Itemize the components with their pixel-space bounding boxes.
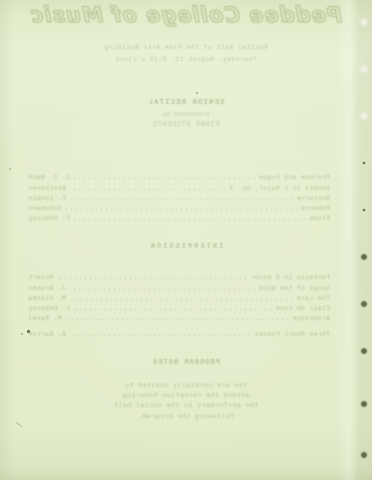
scanned-page: Peddee College of Music Recital Hall of … <box>0 0 372 480</box>
piece-title: Arabesque <box>292 315 330 322</box>
composer-name: C. Debussy <box>28 215 70 222</box>
closing-line: following the program. <box>60 412 312 422</box>
composer-name: B. Bartok <box>28 331 66 338</box>
dot-leader <box>57 278 246 279</box>
closing-line: attend the reception honoring <box>60 391 312 401</box>
intermission-label: INTERMISSION <box>0 243 372 251</box>
recital-title: SENIOR RECITAL <box>0 97 372 109</box>
program-part-2: Fantasia in D minor Mozart Songs of the … <box>28 271 330 338</box>
dot-leader <box>66 209 297 210</box>
composer-name: J. Brahms <box>28 285 66 292</box>
piece-title: Sonata in C Major, Op. 2 <box>229 185 330 192</box>
dot-leader <box>74 178 255 179</box>
recital-title-block: SENIOR RECITAL presented by PIANO STUDEN… <box>0 97 372 131</box>
closing-line: You are cordially invited to <box>60 381 312 391</box>
composer-name: M. Ravel <box>28 315 62 322</box>
dot-leader <box>70 289 255 290</box>
composer-name: Mozart <box>28 274 53 281</box>
dot-leader <box>70 335 251 336</box>
dot-leader <box>70 299 293 300</box>
piece-title: Romance <box>301 205 330 212</box>
masthead-title: Peddee College of Music <box>0 3 372 27</box>
piece-title: Fantasia in D minor <box>250 274 330 281</box>
closing-line: the performers in the social hall <box>60 401 312 411</box>
piece-title: The Lark <box>296 295 330 302</box>
program-row: Romance Schumann <box>28 202 330 212</box>
program-part-1: Prelude and Fugue J. S. Bach Sonata in C… <box>28 171 330 222</box>
composer-name: Schumann <box>28 205 62 212</box>
recital-subtitle: presented by <box>0 109 372 120</box>
closing-paragraph: You are cordially invited to attend the … <box>60 381 312 422</box>
piece-title: Prelude and Fugue <box>259 174 330 181</box>
program-row: Songs of the Wind J. Brahms <box>28 281 330 291</box>
piece-title: Nocturne <box>296 195 330 202</box>
dot-leader <box>74 219 305 220</box>
program-row: Prelude and Fugue J. S. Bach <box>28 171 330 181</box>
piece-title: Etude <box>309 215 330 222</box>
program-row: Arabesque M. Ravel <box>28 312 330 322</box>
closing-heading: PROGRAM NOTES <box>0 359 372 367</box>
venue-line: Recital Hall of the Fine Arts Building <box>0 42 372 54</box>
program-row: Etude C. Debussy <box>28 212 330 222</box>
venue-date-lines: Recital Hall of the Fine Arts Building T… <box>0 42 372 66</box>
recital-performers: PIANO STUDENTS <box>0 120 372 131</box>
program-row: Sonata in C Major, Op. 2 Beethoven <box>28 181 330 191</box>
program-row: Fantasia in D minor Mozart <box>28 271 330 281</box>
bleedthrough-layer: Peddee College of Music Recital Hall of … <box>0 0 372 480</box>
dot-leader <box>66 319 289 320</box>
dot-leader <box>74 309 271 310</box>
composer-name: J. S. Bach <box>28 174 70 181</box>
piece-title: Three Short Pieces <box>254 331 330 338</box>
piece-title: Songs of the Wind <box>259 285 330 292</box>
piece-title: Clair de Lune <box>275 305 330 312</box>
program-row: Clair de Lune C. Debussy <box>28 302 330 312</box>
program-row: The Lark M. Glinka <box>28 292 330 302</box>
dot-leader <box>70 199 293 200</box>
date-line: Thursday, August 12, 8:15 o'clock <box>0 54 372 66</box>
program-row: Three Short Pieces B. Bartok <box>28 327 330 337</box>
program-row: Nocturne F. Chopin <box>28 192 330 202</box>
composer-name: F. Chopin <box>28 195 66 202</box>
composer-name: C. Debussy <box>28 305 70 312</box>
dot-leader <box>70 189 225 190</box>
composer-name: M. Glinka <box>28 295 66 302</box>
composer-name: Beethoven <box>28 185 66 192</box>
